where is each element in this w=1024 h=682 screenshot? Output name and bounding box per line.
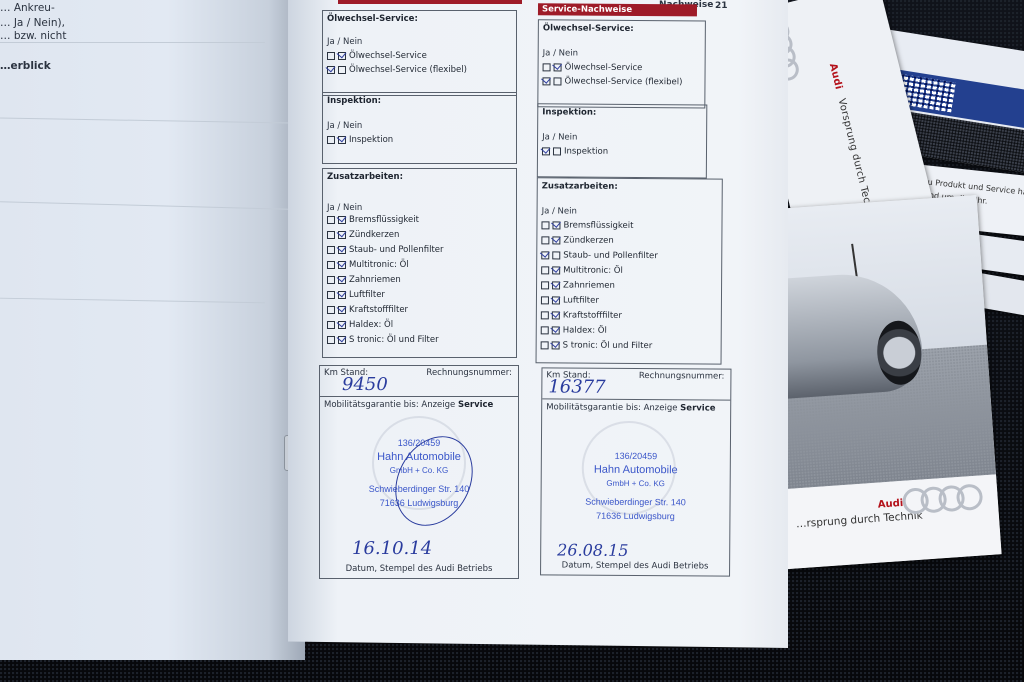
dealer-stamp: 136/20459 Hahn Automobile GmbH + Co. KG … <box>541 448 730 523</box>
section-header: Service-Nachweise <box>538 3 697 16</box>
checkbox-nein <box>338 52 346 60</box>
extra-item: Zahnriemen <box>541 280 615 291</box>
extra-item: Staub- und Pollenfilter <box>327 245 444 255</box>
oil-service-flexible-option: Ölwechsel-Service (flexibel) <box>542 76 682 87</box>
audi-rings-logo-icon <box>910 483 984 514</box>
checkbox-ja <box>327 66 335 74</box>
brand-name: Audi <box>827 62 844 91</box>
checkbox-ja <box>327 136 335 144</box>
oil-service-box: Ölwechsel-Service: Ja / Nein Ölwechsel-S… <box>537 19 706 108</box>
extra-item: Multitronic: Öl <box>541 265 623 276</box>
km-value: 9450 <box>342 374 388 395</box>
inspection-option: Inspektion <box>327 135 393 145</box>
km-value: 16377 <box>548 376 605 397</box>
stamp-box: Km Stand: Rechnungsnummer: 9450 Mobilitä… <box>319 365 519 579</box>
extra-item: Zündkerzen <box>541 235 613 246</box>
service-record-2: Service-Nachweise Ölwechsel-Service: Ja … <box>538 0 738 17</box>
extra-item: Kraftstofffilter <box>541 310 622 321</box>
extra-item: Zündkerzen <box>327 230 399 240</box>
service-date: 26.08.15 <box>557 540 628 559</box>
extra-item: S tronic: Öl und Filter <box>541 340 653 351</box>
left-heading: …erblick <box>0 58 51 74</box>
inspection-box: Inspektion: Ja / Nein Inspektion <box>322 92 517 164</box>
service-booklet: … Ankreu- … Ja / Nein), … bzw. nicht …er… <box>0 0 800 660</box>
inspection-box: Inspektion: Ja / Nein Inspektion <box>537 103 708 178</box>
left-page: … Ankreu- … Ja / Nein), … bzw. nicht …er… <box>0 0 305 660</box>
extra-item: Bremsflüssigkeit <box>327 215 419 225</box>
extra-item: Bremsflüssigkeit <box>541 220 633 231</box>
stamp-box: Km Stand: Rechnungsnummer: 16377 Mobilit… <box>540 367 731 576</box>
oil-service-option: Ölwechsel-Service <box>543 62 643 73</box>
left-text-line: … Ankreu- <box>0 0 55 16</box>
oil-service-flexible-option: Ölwechsel-Service (flexibel) <box>327 65 467 75</box>
brand-name: Audi <box>877 498 903 511</box>
checkbox-nein <box>338 136 346 144</box>
service-record-1: Ölwechsel-Service: Ja / Nein Ölwechsel-S… <box>322 0 522 4</box>
extra-item: Luftfilter <box>541 295 599 305</box>
extra-item: Haldex: Öl <box>541 325 607 335</box>
checkbox-ja <box>327 52 335 60</box>
extra-item: Staub- und Pollenfilter <box>541 250 658 261</box>
checkbox-nein <box>338 66 346 74</box>
extra-item: Zahnriemen <box>327 275 401 285</box>
oil-service-box: Ölwechsel-Service: Ja / Nein Ölwechsel-S… <box>322 10 517 96</box>
extra-item: S tronic: Öl und Filter <box>327 335 439 345</box>
inspection-option: Inspektion <box>542 146 608 156</box>
oil-service-option: Ölwechsel-Service <box>327 51 427 61</box>
service-date: 16.10.14 <box>352 538 432 559</box>
extra-item: Haldex: Öl <box>327 320 393 330</box>
extra-item: Multitronic: Öl <box>327 260 409 270</box>
extra-item: Kraftstofffilter <box>327 305 408 315</box>
extra-work-box: Zusatzarbeiten: Ja / Nein Bremsflüssigke… <box>322 168 517 358</box>
extra-item: Luftfilter <box>327 290 385 300</box>
extra-work-box: Zusatzarbeiten: Ja / Nein Bremsflüssigke… <box>536 177 723 364</box>
